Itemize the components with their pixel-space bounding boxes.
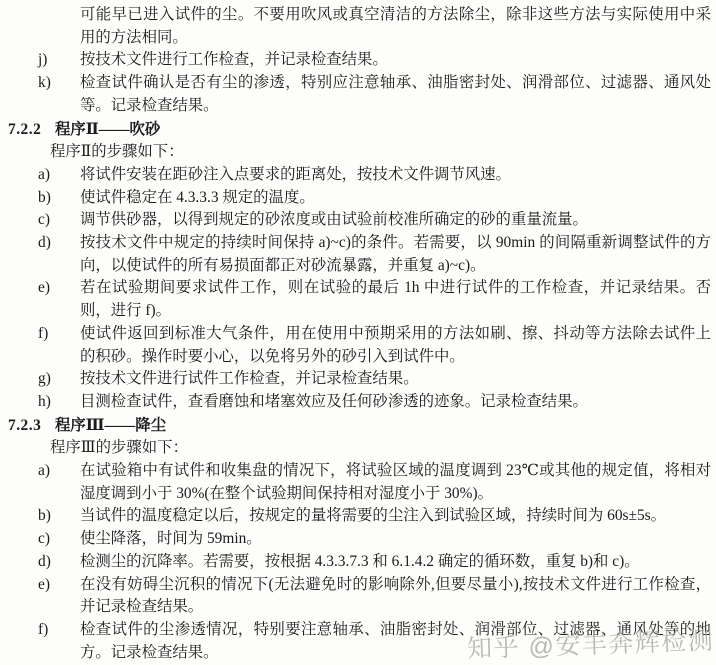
item-text: 按技术文件进行工作检查，并记录检查结果。: [80, 49, 711, 72]
list-item: g) 按技术文件进行试件工作检查，并记录检查结果。: [38, 368, 711, 391]
item-text: 使试件返回到标准大气条件，用在使用中预期采用的方法如刷、擦、抖动等方法除去试件上…: [80, 323, 711, 368]
item-text: 调节供砂器，以得到规定的砂浓度或由试验前校准所确定的砂的重量流量。: [80, 209, 711, 232]
item-marker: a): [38, 164, 80, 187]
list-item: d) 按技术文件中规定的持续时间保持 a)~c)的条件。若需要，以 90min …: [38, 232, 711, 277]
item-text: 若在试验期间要求试件工作，则在试验的最后 1h 中进行试件的工作检查，并记录结果…: [80, 277, 711, 322]
list-item: c) 调节供砂器，以得到规定的砂浓度或由试验前校准所确定的砂的重量流量。: [38, 209, 711, 232]
list-item: e) 在没有妨碍尘沉积的情况下(无法避免时的影响除外,但要尽量小),按技术文件进…: [38, 574, 711, 619]
list-item: e) 若在试验期间要求试件工作，则在试验的最后 1h 中进行试件的工作检查，并记…: [38, 277, 711, 322]
item-marker: j): [38, 49, 80, 72]
item-text: 当试件的温度稳定以后，按规定的量将需要的尘注入到试验区域，持续时间为 60s±5…: [80, 505, 711, 528]
list-item: d) 检测尘的沉降率。若需要，按根据 4.3.3.7.3 和 6.1.4.2 确…: [38, 551, 711, 574]
item-marker: f): [38, 323, 80, 368]
document-page: 可能早已进入试件的尘。不要用吹风或真空清洁的方法除尘，除非这些方法与实际使用中采…: [0, 0, 716, 665]
item-marker: c): [38, 528, 80, 551]
list-item: h) 目测检查试件，查看磨蚀和堵塞效应及任何砂渗透的迹象。记录检查结果。: [38, 391, 711, 414]
item-text: 按技术文件进行试件工作检查，并记录检查结果。: [80, 368, 711, 391]
item-text: 使试件稳定在 4.3.3.3 规定的温度。: [80, 187, 711, 210]
item-marker: a): [38, 460, 80, 505]
item-text: 检查试件确认是否有尘的渗透，特别应注意轴承、油脂密封处、润滑部位、过滤器、通风处…: [80, 72, 711, 117]
section-title: 程序Ⅱ——吹砂: [55, 119, 160, 142]
list-item: c) 使尘降落，时间为 59min。: [38, 528, 711, 551]
item-marker: b): [38, 187, 80, 210]
list-item: f) 检查试件的尘渗透情况，特别要注意轴承、油脂密封处、润滑部位、过滤器、通风处…: [38, 619, 711, 664]
item-text: 检查试件的尘渗透情况，特别要注意轴承、油脂密封处、润滑部位、过滤器、通风处等的地…: [80, 619, 711, 664]
list-item: b) 当试件的温度稳定以后，按规定的量将需要的尘注入到试验区域，持续时间为 60…: [38, 505, 711, 528]
item-text: 目测检查试件，查看磨蚀和堵塞效应及任何砂渗透的迹象。记录检查结果。: [80, 391, 711, 414]
section-heading: 7.2.3 程序Ⅲ——降尘: [8, 415, 716, 438]
item-marker: f): [38, 619, 80, 664]
list-item: k) 检查试件确认是否有尘的渗透，特别应注意轴承、油脂密封处、润滑部位、过滤器、…: [38, 72, 711, 117]
list-item: b) 使试件稳定在 4.3.3.3 规定的温度。: [38, 187, 711, 210]
item-marker: e): [38, 277, 80, 322]
item-text: 使尘降落，时间为 59min。: [80, 528, 711, 551]
item-text: 按技术文件中规定的持续时间保持 a)~c)的条件。若需要，以 90min 的间隔…: [80, 232, 711, 277]
list-item: a) 将试件安装在距砂注入点要求的距离处，按技术文件调节风速。: [38, 164, 711, 187]
list-item: j) 按技术文件进行工作检查，并记录检查结果。: [38, 49, 711, 72]
item-text: 在没有妨碍尘沉积的情况下(无法避免时的影响除外,但要尽量小),按技术文件进行工作…: [80, 574, 711, 619]
paragraph-continuation: 可能早已进入试件的尘。不要用吹风或真空清洁的方法除尘，除非这些方法与实际使用中采…: [80, 4, 711, 49]
item-marker: e): [38, 574, 80, 619]
section-number: 7.2.2: [8, 119, 55, 142]
item-marker: c): [38, 209, 80, 232]
section-title: 程序Ⅲ——降尘: [55, 415, 166, 438]
item-marker: k): [38, 72, 80, 117]
steps-intro: 程序Ⅱ的步骤如下：: [50, 141, 716, 164]
item-text: 在试验箱中有试件和收集盘的情况下，将试验区域的温度调到 23℃或其他的规定值，将…: [80, 460, 711, 505]
section-number: 7.2.3: [8, 415, 55, 438]
list-item: a) 在试验箱中有试件和收集盘的情况下，将试验区域的温度调到 23℃或其他的规定…: [38, 460, 711, 505]
section-heading: 7.2.2 程序Ⅱ——吹砂: [8, 119, 716, 142]
item-text: 检测尘的沉降率。若需要，按根据 4.3.3.7.3 和 6.1.4.2 确定的循…: [80, 551, 711, 574]
item-marker: g): [38, 368, 80, 391]
item-marker: b): [38, 505, 80, 528]
item-text: 将试件安装在距砂注入点要求的距离处，按技术文件调节风速。: [80, 164, 711, 187]
steps-intro: 程序Ⅲ的步骤如下：: [50, 437, 716, 460]
item-marker: d): [38, 551, 80, 574]
list-item: f) 使试件返回到标准大气条件，用在使用中预期采用的方法如刷、擦、抖动等方法除去…: [38, 323, 711, 368]
item-marker: d): [38, 232, 80, 277]
item-marker: h): [38, 391, 80, 414]
